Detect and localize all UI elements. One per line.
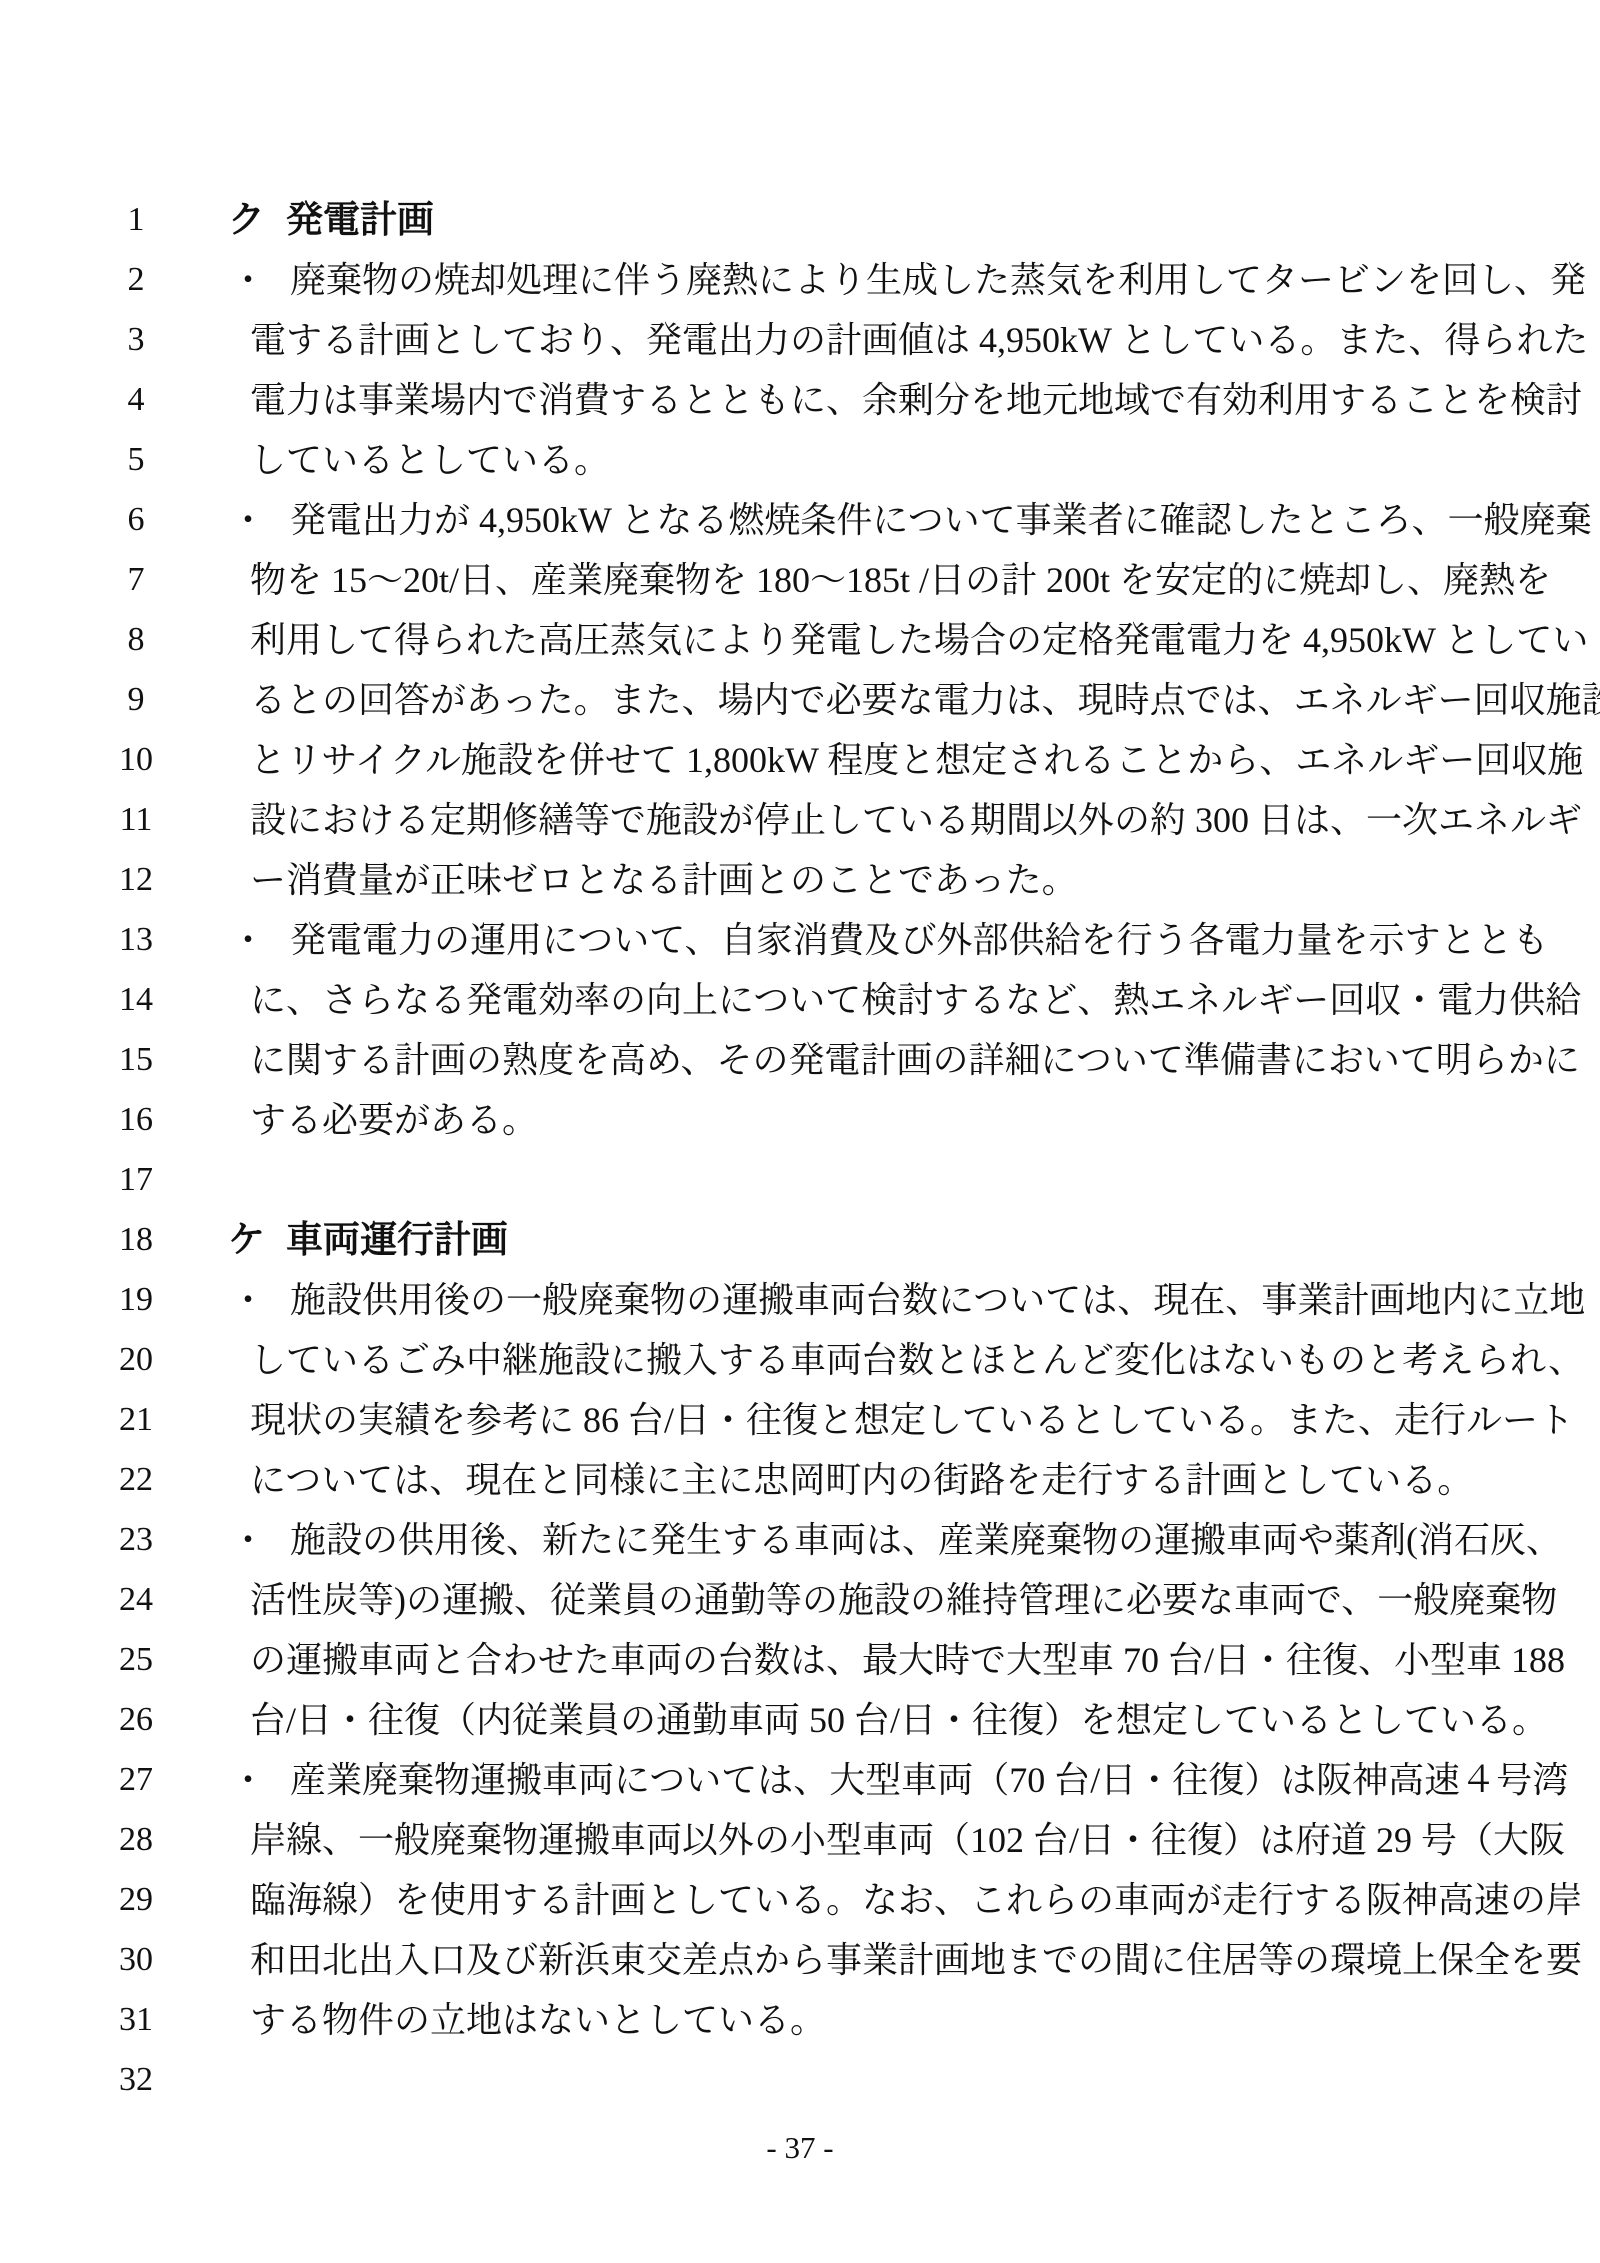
- text-line: 11設における定期修繕等で施設が停止している期間以外の約 300 日は、一次エネ…: [0, 790, 1600, 850]
- text-line: 12ー消費量が正味ゼロとなる計画とのことであった。: [0, 850, 1600, 910]
- text-line: 4電力は事業場内で消費するとともに、余剰分を地元地域で有効利用することを検討: [0, 370, 1600, 430]
- line-text: 物を 15〜20t/日、産業廃棄物を 180〜185t /日の計 200t を安…: [250, 550, 1551, 610]
- text-line: 14に、さらなる発電効率の向上について検討するなど、熱エネルギー回収・電力供給: [0, 970, 1600, 1030]
- line-text: 電する計画としており、発電出力の計画値は 4,950kW としている。また、得ら…: [250, 310, 1588, 370]
- line-number: 21: [100, 1390, 172, 1450]
- line-text: 和田北出入口及び新浜東交差点から事業計画地までの間に住居等の環境上保全を要: [250, 1930, 1582, 1990]
- line-number: 15: [100, 1030, 172, 1090]
- line-number: 9: [100, 670, 172, 730]
- text-line: 7物を 15〜20t/日、産業廃棄物を 180〜185t /日の計 200t を…: [0, 550, 1600, 610]
- text-line: 29臨海線）を使用する計画としている。なお、これらの車両が走行する阪神高速の岸: [0, 1870, 1600, 1930]
- line-number: 23: [100, 1510, 172, 1570]
- text-line: 5しているとしている。: [0, 430, 1600, 490]
- text-line: 28岸線、一般廃棄物運搬車両以外の小型車両（102 台/日・往復）は府道 29 …: [0, 1810, 1600, 1870]
- line-number: 28: [100, 1810, 172, 1870]
- bullet-marker-icon: ・: [230, 910, 266, 970]
- line-text: しているとしている。: [250, 430, 610, 490]
- line-number: 6: [100, 490, 172, 550]
- text-line: 8利用して得られた高圧蒸気により発電した場合の定格発電電力を 4,950kW と…: [0, 610, 1600, 670]
- line-text: ー消費量が正味ゼロとなる計画とのことであった。: [250, 850, 1078, 910]
- bullet-marker-icon: ・: [230, 1270, 266, 1330]
- text-line: 2・廃棄物の焼却処理に伴う廃熱により生成した蒸気を利用してタービンを回し、発: [0, 250, 1600, 310]
- line-number: 26: [100, 1690, 172, 1750]
- line-number: 24: [100, 1570, 172, 1630]
- line-text: に関する計画の熟度を高め、その発電計画の詳細について準備書において明らかに: [250, 1030, 1580, 1090]
- line-text: 台/日・往復（内従業員の通勤車両 50 台/日・往復）を想定しているとしている。: [250, 1690, 1548, 1750]
- text-line: 22については、現在と同様に主に忠岡町内の街路を走行する計画としている。: [0, 1450, 1600, 1510]
- line-number: 30: [100, 1930, 172, 1990]
- text-line: 17: [0, 1150, 1600, 1210]
- line-text: 発電電力の運用について、自家消費及び外部供給を行う各電力量を示すととも: [290, 910, 1549, 970]
- heading-title: 発電計画: [286, 199, 434, 240]
- line-number: 8: [100, 610, 172, 670]
- line-text: 現状の実績を参考に 86 台/日・往復と想定しているとしている。また、走行ルート: [250, 1390, 1574, 1450]
- line-number: 27: [100, 1750, 172, 1810]
- line-number: 2: [100, 250, 172, 310]
- section-heading: ケ車両運行計画: [228, 1210, 508, 1270]
- line-text: 施設の供用後、新たに発生する車両は、産業廃棄物の運搬車両や薬剤(消石灰、: [290, 1510, 1562, 1570]
- bullet-marker-icon: ・: [230, 1510, 266, 1570]
- text-line: 3電する計画としており、発電出力の計画値は 4,950kW としている。また、得…: [0, 310, 1600, 370]
- text-line: 30和田北出入口及び新浜東交差点から事業計画地までの間に住居等の環境上保全を要: [0, 1930, 1600, 1990]
- text-line: 20しているごみ中継施設に搬入する車両台数とほとんど変化はないものと考えられ、: [0, 1330, 1600, 1390]
- text-line: 19・施設供用後の一般廃棄物の運搬車両台数については、現在、事業計画地内に立地: [0, 1270, 1600, 1330]
- bullet-marker-icon: ・: [230, 1750, 266, 1810]
- line-number: 12: [100, 850, 172, 910]
- line-text: する必要がある。: [250, 1090, 538, 1150]
- line-number: 4: [100, 370, 172, 430]
- line-text: 産業廃棄物運搬車両については、大型車両（70 台/日・往復）は阪神高速４号湾: [290, 1750, 1568, 1810]
- line-number: 20: [100, 1330, 172, 1390]
- line-number: 7: [100, 550, 172, 610]
- text-line: 27・産業廃棄物運搬車両については、大型車両（70 台/日・往復）は阪神高速４号…: [0, 1750, 1600, 1810]
- line-number: 10: [100, 730, 172, 790]
- text-line: 9るとの回答があった。また、場内で必要な電力は、現時点では、エネルギー回収施設: [0, 670, 1600, 730]
- text-line: 10とリサイクル施設を併せて 1,800kW 程度と想定されることから、エネルギ…: [0, 730, 1600, 790]
- line-number: 18: [100, 1210, 172, 1270]
- line-text: るとの回答があった。また、場内で必要な電力は、現時点では、エネルギー回収施設: [250, 670, 1600, 730]
- line-text: 発電出力が 4,950kW となる燃焼条件について事業者に確認したところ、一般廃…: [290, 490, 1592, 550]
- text-line: 21現状の実績を参考に 86 台/日・往復と想定しているとしている。また、走行ル…: [0, 1390, 1600, 1450]
- line-number: 13: [100, 910, 172, 970]
- bullet-marker-icon: ・: [230, 490, 266, 550]
- line-text: する物件の立地はないとしている。: [250, 1990, 826, 2050]
- line-text: 電力は事業場内で消費するとともに、余剰分を地元地域で有効利用することを検討: [250, 370, 1582, 430]
- line-text: 岸線、一般廃棄物運搬車両以外の小型車両（102 台/日・往復）は府道 29 号（…: [250, 1810, 1565, 1870]
- line-text: の運搬車両と合わせた車両の台数は、最大時で大型車 70 台/日・往復、小型車 1…: [250, 1630, 1565, 1690]
- text-line: 23・施設の供用後、新たに発生する車両は、産業廃棄物の運搬車両や薬剤(消石灰、: [0, 1510, 1600, 1570]
- line-text: しているごみ中継施設に搬入する車両台数とほとんど変化はないものと考えられ、: [250, 1330, 1584, 1390]
- bullet-marker-icon: ・: [230, 250, 266, 310]
- page-footer: - 37 -: [0, 2128, 1600, 2168]
- line-number: 1: [100, 190, 172, 250]
- section-heading: ク発電計画: [228, 190, 434, 250]
- text-line: 24活性炭等)の運搬、従業員の通勤等の施設の維持管理に必要な車両で、一般廃棄物: [0, 1570, 1600, 1630]
- line-text: 設における定期修繕等で施設が停止している期間以外の約 300 日は、一次エネルギ: [250, 790, 1582, 850]
- text-line: 6・発電出力が 4,950kW となる燃焼条件について事業者に確認したところ、一…: [0, 490, 1600, 550]
- text-line: 18ケ車両運行計画: [0, 1210, 1600, 1270]
- text-line: 16する必要がある。: [0, 1090, 1600, 1150]
- text-line: 25の運搬車両と合わせた車両の台数は、最大時で大型車 70 台/日・往復、小型車…: [0, 1630, 1600, 1690]
- text-line: 1ク発電計画: [0, 190, 1600, 250]
- line-text: 廃棄物の焼却処理に伴う廃熱により生成した蒸気を利用してタービンを回し、発: [290, 250, 1586, 310]
- line-text: に、さらなる発電効率の向上について検討するなど、熱エネルギー回収・電力供給: [250, 970, 1581, 1030]
- line-number: 11: [100, 790, 172, 850]
- line-text: 活性炭等)の運搬、従業員の通勤等の施設の維持管理に必要な車両で、一般廃棄物: [250, 1570, 1557, 1630]
- line-text: については、現在と同様に主に忠岡町内の街路を走行する計画としている。: [250, 1450, 1473, 1510]
- text-line: 15に関する計画の熟度を高め、その発電計画の詳細について準備書において明らかに: [0, 1030, 1600, 1090]
- document-page: 1ク発電計画2・廃棄物の焼却処理に伴う廃熱により生成した蒸気を利用してタービンを…: [0, 0, 1600, 2263]
- line-number: 19: [100, 1270, 172, 1330]
- line-number: 22: [100, 1450, 172, 1510]
- text-line: 32: [0, 2050, 1600, 2110]
- line-text: 施設供用後の一般廃棄物の運搬車両台数については、現在、事業計画地内に立地: [290, 1270, 1585, 1330]
- heading-title: 車両運行計画: [286, 1219, 508, 1260]
- document-body: 1ク発電計画2・廃棄物の焼却処理に伴う廃熱により生成した蒸気を利用してタービンを…: [0, 190, 1600, 2110]
- line-number: 32: [100, 2050, 172, 2110]
- text-line: 13・発電電力の運用について、自家消費及び外部供給を行う各電力量を示すととも: [0, 910, 1600, 970]
- line-text: 利用して得られた高圧蒸気により発電した場合の定格発電電力を 4,950kW とし…: [250, 610, 1588, 670]
- heading-label: ク: [228, 199, 265, 240]
- line-number: 17: [100, 1150, 172, 1210]
- line-number: 29: [100, 1870, 172, 1930]
- text-line: 31する物件の立地はないとしている。: [0, 1990, 1600, 2050]
- page-number: - 37 -: [766, 2130, 833, 2165]
- line-text: 臨海線）を使用する計画としている。なお、これらの車両が走行する阪神高速の岸: [250, 1870, 1582, 1930]
- line-number: 25: [100, 1630, 172, 1690]
- line-number: 5: [100, 430, 172, 490]
- line-number: 31: [100, 1990, 172, 2050]
- line-number: 3: [100, 310, 172, 370]
- text-line: 26台/日・往復（内従業員の通勤車両 50 台/日・往復）を想定しているとしてい…: [0, 1690, 1600, 1750]
- heading-label: ケ: [228, 1219, 265, 1260]
- line-number: 16: [100, 1090, 172, 1150]
- line-text: とリサイクル施設を併せて 1,800kW 程度と想定されることから、エネルギー回…: [250, 730, 1583, 790]
- line-number: 14: [100, 970, 172, 1030]
